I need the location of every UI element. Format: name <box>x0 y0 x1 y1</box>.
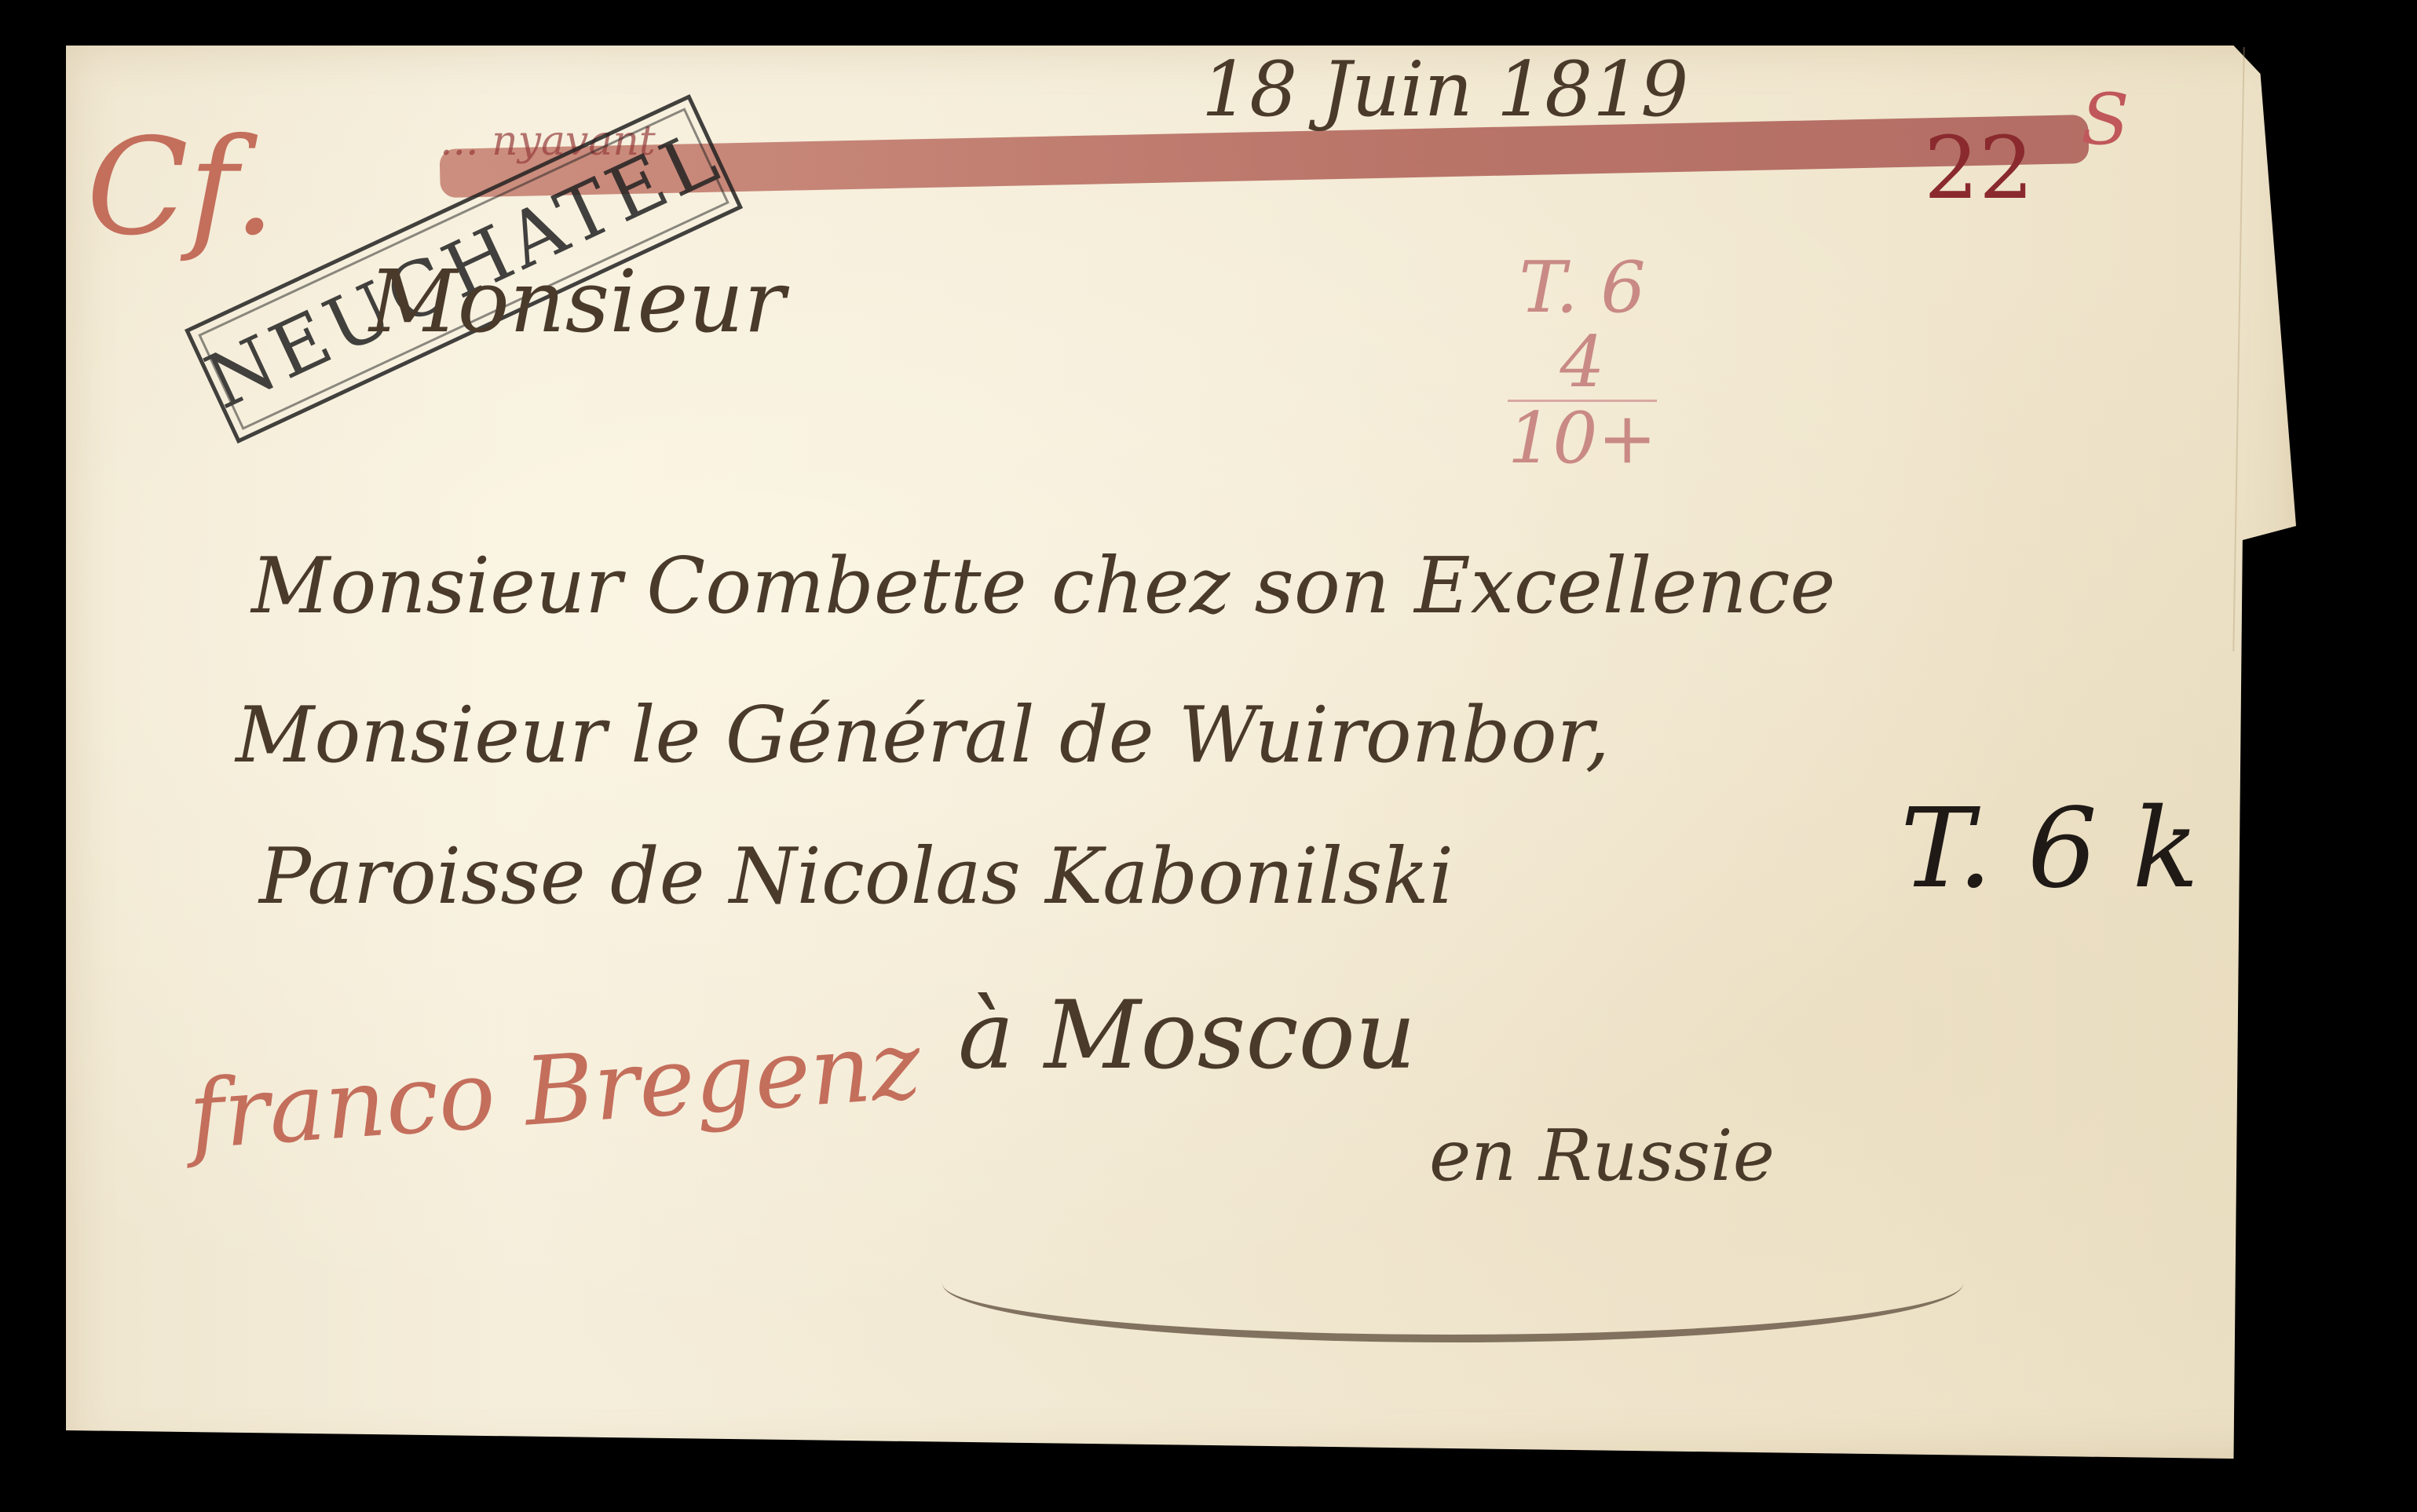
tax-red-line: 4 <box>1508 326 1657 400</box>
address-line: Monsieur Combette chez son Excellence <box>251 542 1835 631</box>
address-line-country: en Russie <box>1429 1115 1775 1197</box>
tax-red-line: 10+ <box>1508 400 1657 477</box>
black-tax-marking: T. 6 k <box>1900 785 2199 913</box>
salutation: Monsieur <box>369 251 785 352</box>
date-inscription: 18 Juin 1819 <box>1201 46 1688 133</box>
tax-red-line: T. 6 <box>1508 251 1657 326</box>
address-line-city: à Moscou <box>958 981 1416 1090</box>
address-line: Paroisse de Nicolas Kabonilski <box>259 832 1453 922</box>
red-rate-marking: 22 <box>1924 118 2034 218</box>
red-rate-suffix: S <box>2081 79 2130 161</box>
red-tax-calculation: T. 6 4 10+ <box>1508 251 1657 477</box>
corner-handwritten-mark: Cf. <box>86 110 276 265</box>
address-line: Monsieur le Général de Wuironbor, <box>236 691 1610 780</box>
address-underline-flourish <box>942 1225 1963 1342</box>
